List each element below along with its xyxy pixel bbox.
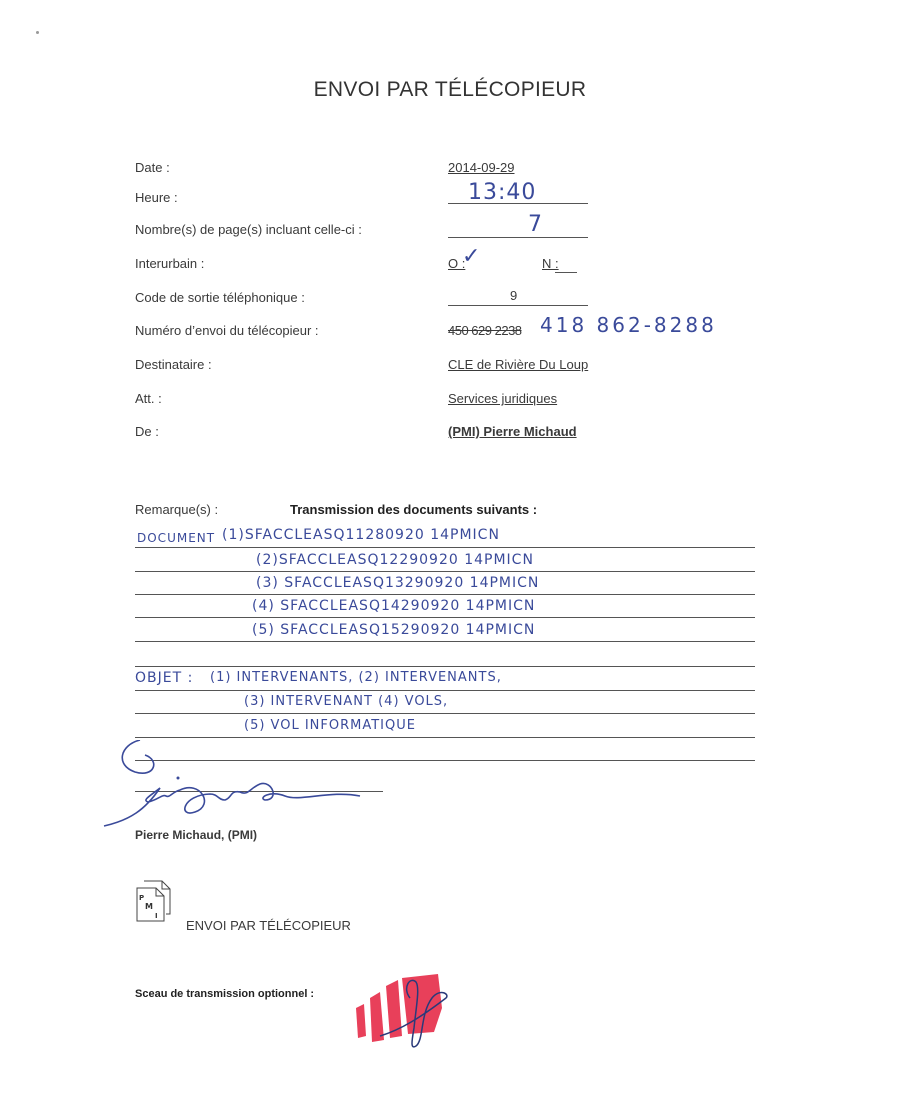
document-item: (3) SFACCLEASQ13290920 14PMICN	[256, 575, 539, 591]
heure-underline	[448, 203, 588, 204]
document-num: (2)	[256, 552, 279, 568]
objet-prefix: OBJET :	[135, 670, 193, 686]
document-name: SFACCLEASQ14290920 14PMICN	[280, 598, 535, 614]
interurbain-non-underline	[555, 272, 577, 273]
rule-line	[135, 666, 755, 667]
document-name: SFACCLEASQ11280920 14PMICN	[245, 527, 500, 543]
numero-label: Numéro d’envoi du télécopieur :	[135, 323, 319, 338]
code-sortie-underline	[448, 305, 588, 306]
heure-value: 13:40	[468, 180, 536, 205]
documents-prefix: DOCUMENT	[137, 531, 215, 545]
document-name: SFACCLEASQ12290920 14PMICN	[279, 552, 534, 568]
rule-line	[135, 571, 755, 572]
objet-line: (3) INTERVENANT (4) VOLS,	[244, 694, 448, 709]
date-value: 2014-09-29	[448, 160, 515, 175]
rule-line	[135, 547, 755, 548]
objet-line: (1) INTERVENANTS, (2) INTERVENANTS,	[210, 670, 502, 685]
att-label: Att. :	[135, 391, 162, 406]
rule-line	[135, 594, 755, 595]
document-item: (5) SFACCLEASQ15290920 14PMICN	[252, 622, 535, 638]
interurbain-non-label: N :	[542, 256, 559, 271]
remarques-heading: Transmission des documents suivants :	[290, 502, 537, 517]
de-label: De :	[135, 424, 159, 439]
pages-underline	[448, 237, 588, 238]
document-item: (2)SFACCLEASQ12290920 14PMICN	[256, 552, 534, 568]
document-item: (4) SFACCLEASQ14290920 14PMICN	[252, 598, 535, 614]
scan-speck	[36, 31, 39, 34]
code-sortie-value: 9	[510, 288, 517, 303]
footer-title: ENVOI PAR TÉLÉCOPIEUR	[186, 918, 351, 933]
rule-line	[135, 641, 755, 642]
seal-label: Sceau de transmission optionnel :	[135, 988, 314, 1000]
numero-printed-struck: 450 629 2238	[448, 323, 522, 338]
heure-label: Heure :	[135, 190, 178, 205]
remarques-label: Remarque(s) :	[135, 502, 218, 517]
document-num: (3)	[256, 575, 279, 591]
document-num: (4)	[252, 598, 275, 614]
svg-text:I: I	[155, 912, 158, 920]
pmi-document-logo-icon: P M I	[136, 880, 172, 922]
page-title: ENVOI PAR TÉLÉCOPIEUR	[0, 78, 900, 102]
document-name: SFACCLEASQ13290920 14PMICN	[284, 575, 539, 591]
rule-line	[135, 690, 755, 691]
date-label: Date :	[135, 160, 170, 175]
numero-handwritten: 418 862-8288	[540, 313, 717, 337]
handwritten-signature	[100, 740, 400, 830]
document-num: (1)	[222, 527, 245, 543]
destinataire-value: CLE de Rivière Du Loup	[448, 357, 588, 372]
rule-line	[135, 737, 755, 738]
document-num: (5)	[252, 622, 275, 638]
rule-line	[135, 713, 755, 714]
objet-line: (5) VOL INFORMATIQUE	[244, 718, 416, 733]
de-value: (PMI) Pierre Michaud	[448, 424, 577, 439]
rule-line	[135, 617, 755, 618]
document-name: SFACCLEASQ15290920 14PMICN	[280, 622, 535, 638]
pages-label: Nombre(s) de page(s) incluant celle-ci :	[135, 222, 362, 237]
interurbain-label: Interurbain :	[135, 256, 204, 271]
interurbain-check-mark: ✓	[462, 244, 481, 269]
svg-text:M: M	[145, 902, 153, 911]
document-item: (1)SFACCLEASQ11280920 14PMICN	[222, 527, 500, 543]
svg-text:P: P	[139, 894, 144, 902]
pages-value: 7	[528, 212, 543, 237]
transmission-seal-stamp	[350, 968, 460, 1048]
destinataire-label: Destinataire :	[135, 357, 212, 372]
signature-name: Pierre Michaud, (PMI)	[135, 828, 257, 842]
att-value: Services juridiques	[448, 391, 557, 406]
code-sortie-label: Code de sortie téléphonique :	[135, 290, 305, 305]
